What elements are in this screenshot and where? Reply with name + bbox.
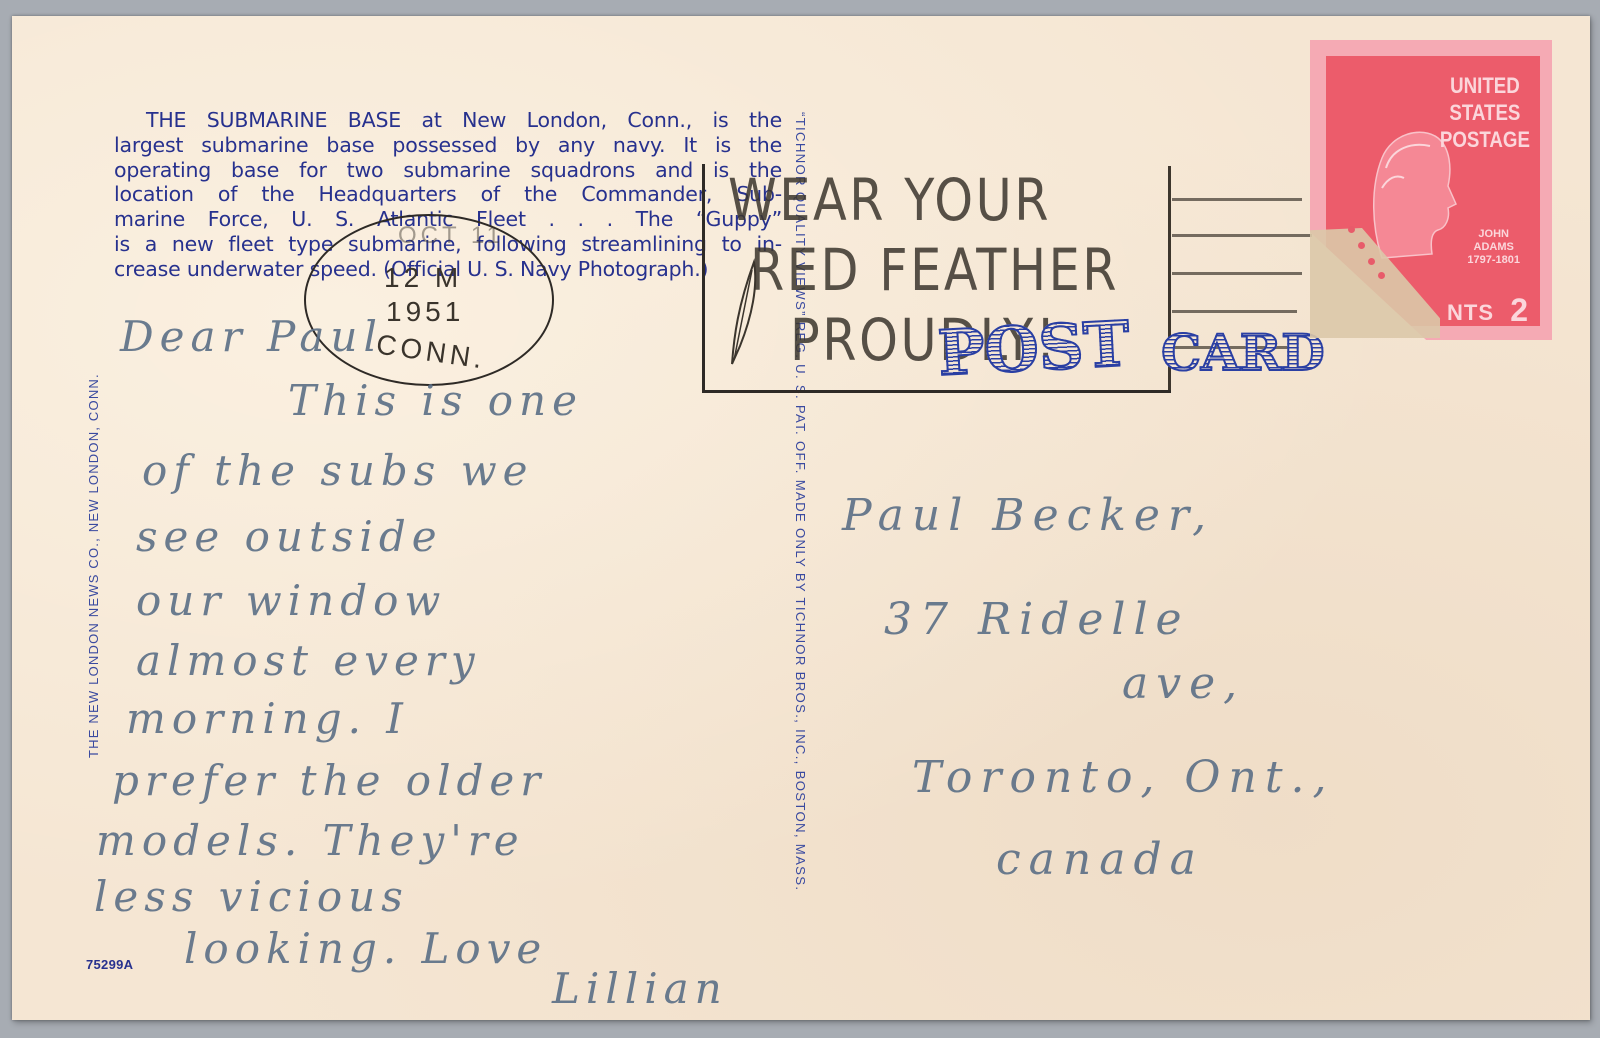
- address-street: 37 Ridelle: [884, 594, 1190, 645]
- message-signature: Lillian: [552, 964, 728, 1013]
- message-line: of the subs we: [142, 446, 534, 495]
- caption-line: largest submarine base possessed by any …: [114, 133, 782, 158]
- postmark-state: CONN.: [374, 328, 488, 375]
- message-line: see outside: [136, 512, 443, 561]
- postmark-time: 12 M: [384, 262, 462, 294]
- slogan-line-2: RED FEATHER: [750, 236, 1119, 304]
- stamp-name: JOHN: [1467, 228, 1520, 241]
- perforation-dot: [1368, 258, 1375, 265]
- message-line: This is one: [288, 376, 583, 425]
- stamp-country-line: STATES: [1440, 99, 1530, 126]
- address-name: Paul Becker,: [842, 490, 1214, 541]
- message-line: morning. I: [126, 694, 409, 743]
- caption-line: location of the Headquarters of the Comm…: [114, 182, 782, 207]
- stamp-country-line: POSTAGE: [1440, 126, 1530, 153]
- stamp-portrait-caption: JOHN ADAMS 1797-1801: [1467, 228, 1520, 267]
- message-line: models. They're: [96, 816, 525, 865]
- message-greeting: Dear Paul: [120, 312, 383, 361]
- stock-number: 75299A: [86, 957, 133, 972]
- postmark-date: OCT 11: [398, 222, 504, 250]
- cancel-line: [1172, 198, 1302, 201]
- cancel-line: [1172, 234, 1312, 237]
- slogan-line-1: WEAR YOUR: [728, 166, 1051, 234]
- message-line: almost every: [136, 636, 481, 685]
- stamp-cents-label: NTS: [1447, 300, 1494, 326]
- publisher-credit: THE NEW LONDON NEWS CO., NEW LONDON, CON…: [86, 373, 101, 758]
- perforation-dot: [1358, 242, 1365, 249]
- message-line: less vicious: [94, 872, 409, 921]
- postcard-title: POST CARD: [938, 312, 1325, 385]
- stamp-years: 1797-1801: [1467, 254, 1520, 267]
- stamp-denomination: 2: [1510, 292, 1528, 329]
- postmark-year: 1951: [386, 296, 464, 328]
- stamp-country: UNITED STATES POSTAGE: [1440, 72, 1530, 153]
- address-city: Toronto, Ont.,: [912, 752, 1335, 803]
- title-card: CARD: [1161, 323, 1325, 382]
- postcard-back: THE SUBMARINE BASE at New London, Conn.,…: [12, 16, 1590, 1020]
- perforation-dot: [1378, 272, 1385, 279]
- address-country: canada: [996, 834, 1204, 885]
- address-street-suffix: ave,: [1122, 658, 1245, 709]
- cancel-line: [1172, 272, 1302, 275]
- perforation-dot: [1348, 226, 1355, 233]
- title-post: POST: [936, 307, 1131, 390]
- stamp-surname: ADAMS: [1467, 241, 1520, 254]
- caption-line: operating base for two submarine squadro…: [114, 158, 782, 183]
- message-line: our window: [136, 576, 446, 625]
- stamp-country-line: UNITED: [1440, 72, 1530, 99]
- message-line: prefer the older: [112, 756, 546, 805]
- caption-line: THE SUBMARINE BASE at New London, Conn.,…: [114, 108, 782, 133]
- message-line: looking. Love: [184, 924, 547, 973]
